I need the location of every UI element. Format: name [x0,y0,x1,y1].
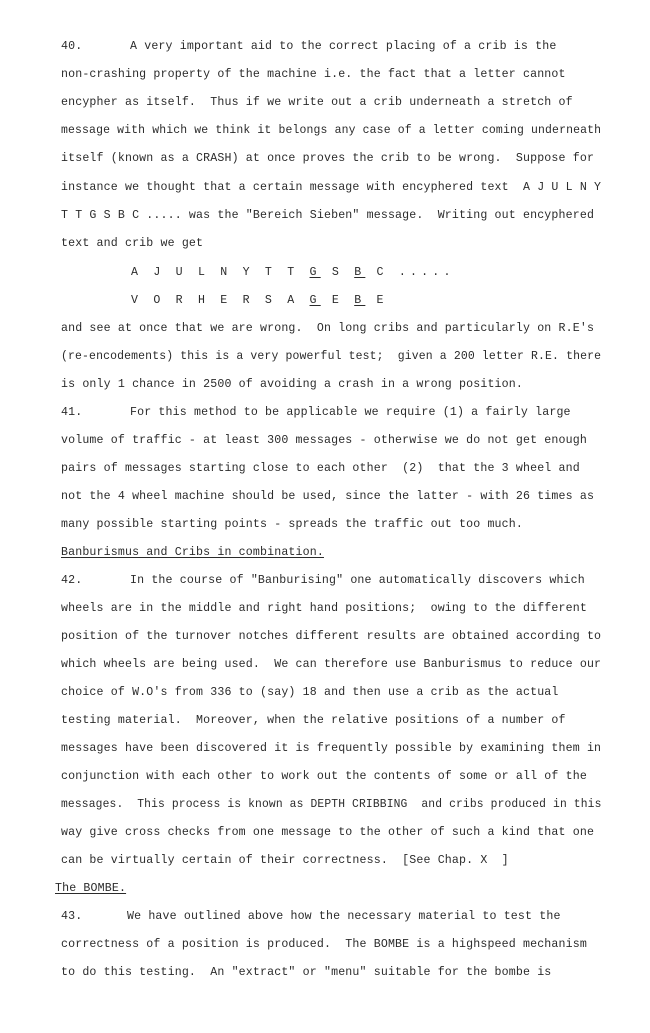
paragraph-40-line-2: non-crashing property of the machine i.e… [61,68,566,82]
paragraph-42-line-3: position of the turnover notches differe… [61,630,601,644]
paragraph-43-line-1: 43.We have outlined above how the necess… [61,910,561,924]
paragraph-42-line-1: 42.In the course of "Banburising" one au… [61,574,585,588]
paragraph-43-line-3: to do this testing. An "extract" or "men… [61,966,551,980]
cipher-text-line: A J U L N Y T T G S B C ..... [131,266,455,280]
text: In the course of "Banburising" one autom… [130,574,585,587]
document-page: 40.A very important aid to the correct p… [0,0,650,1033]
paragraph-40-line-5: itself (known as a CRASH) at once proves… [61,152,594,166]
crib-prefix: V O R H E R S A [131,294,310,307]
paragraph-40-line-7: T T G S B C ..... was the "Bereich Siebe… [61,209,594,223]
crib-underlined-letter-g: G [310,294,321,307]
section-heading-bombe: The BOMBE. [55,882,126,896]
paragraph-41-line-1: 41.For this method to be applicable we r… [61,406,571,420]
section-heading-banburismus: Banburismus and Cribs in combination. [61,546,324,560]
crib-suffix: E [365,294,387,307]
paragraph-40-line-8: text and crib we get [61,237,203,251]
text: For this method to be applicable we requ… [130,406,571,419]
paragraph-40-line-6: instance we thought that a certain messa… [61,181,601,195]
paragraph-number-42: 42. [61,574,130,588]
cipher-mid: S [321,266,354,279]
paragraph-number-43: 43. [61,910,127,924]
paragraph-43-line-2: correctness of a position is produced. T… [61,938,587,952]
paragraph-42-line-4: which wheels are being used. We can ther… [61,658,601,672]
paragraph-41-line-3: pairs of messages starting close to each… [61,462,580,476]
paragraph-40-after-line-1: and see at once that we are wrong. On lo… [61,322,594,336]
cipher-underlined-letter-g: G [310,266,321,279]
crib-mid: E [321,294,354,307]
crib-underlined-letter-b: B [354,294,365,307]
paragraph-41-line-5: many possible starting points - spreads … [61,518,523,532]
paragraph-40-line-1: 40.A very important aid to the correct p… [61,40,556,54]
paragraph-40-after-line-3: is only 1 chance in 2500 of avoiding a c… [61,378,523,392]
paragraph-42-line-10: way give cross checks from one message t… [61,826,594,840]
paragraph-42-line-6: testing material. Moreover, when the rel… [61,714,566,728]
paragraph-41-line-2: volume of traffic - at least 300 message… [61,434,587,448]
cipher-underlined-letter-b: B [354,266,365,279]
paragraph-40-after-line-2: (re-encodements) this is a very powerful… [61,350,601,364]
paragraph-42-line-7: messages have been discovered it is freq… [61,742,601,756]
paragraph-42-line-8: conjunction with each other to work out … [61,770,587,784]
paragraph-40-line-3: encypher as itself. Thus if we write out… [61,96,573,110]
paragraph-number-40: 40. [61,40,130,54]
paragraph-number-41: 41. [61,406,130,420]
crib-text-line: V O R H E R S A G E B E [131,294,388,308]
paragraph-42-line-2: wheels are in the middle and right hand … [61,602,587,616]
paragraph-41-line-4: not the 4 wheel machine should be used, … [61,490,594,504]
paragraph-40-line-4: message with which we think it belongs a… [61,124,601,138]
text: A very important aid to the correct plac… [130,40,556,53]
paragraph-42-line-9: messages. This process is known as DEPTH… [61,798,602,812]
cipher-prefix: A J U L N Y T T [131,266,310,279]
cipher-suffix: C ..... [365,266,454,279]
paragraph-42-line-5: choice of W.O's from 336 to (say) 18 and… [61,686,559,700]
paragraph-42-line-11: can be virtually certain of their correc… [61,854,509,868]
text: We have outlined above how the necessary… [127,910,561,923]
